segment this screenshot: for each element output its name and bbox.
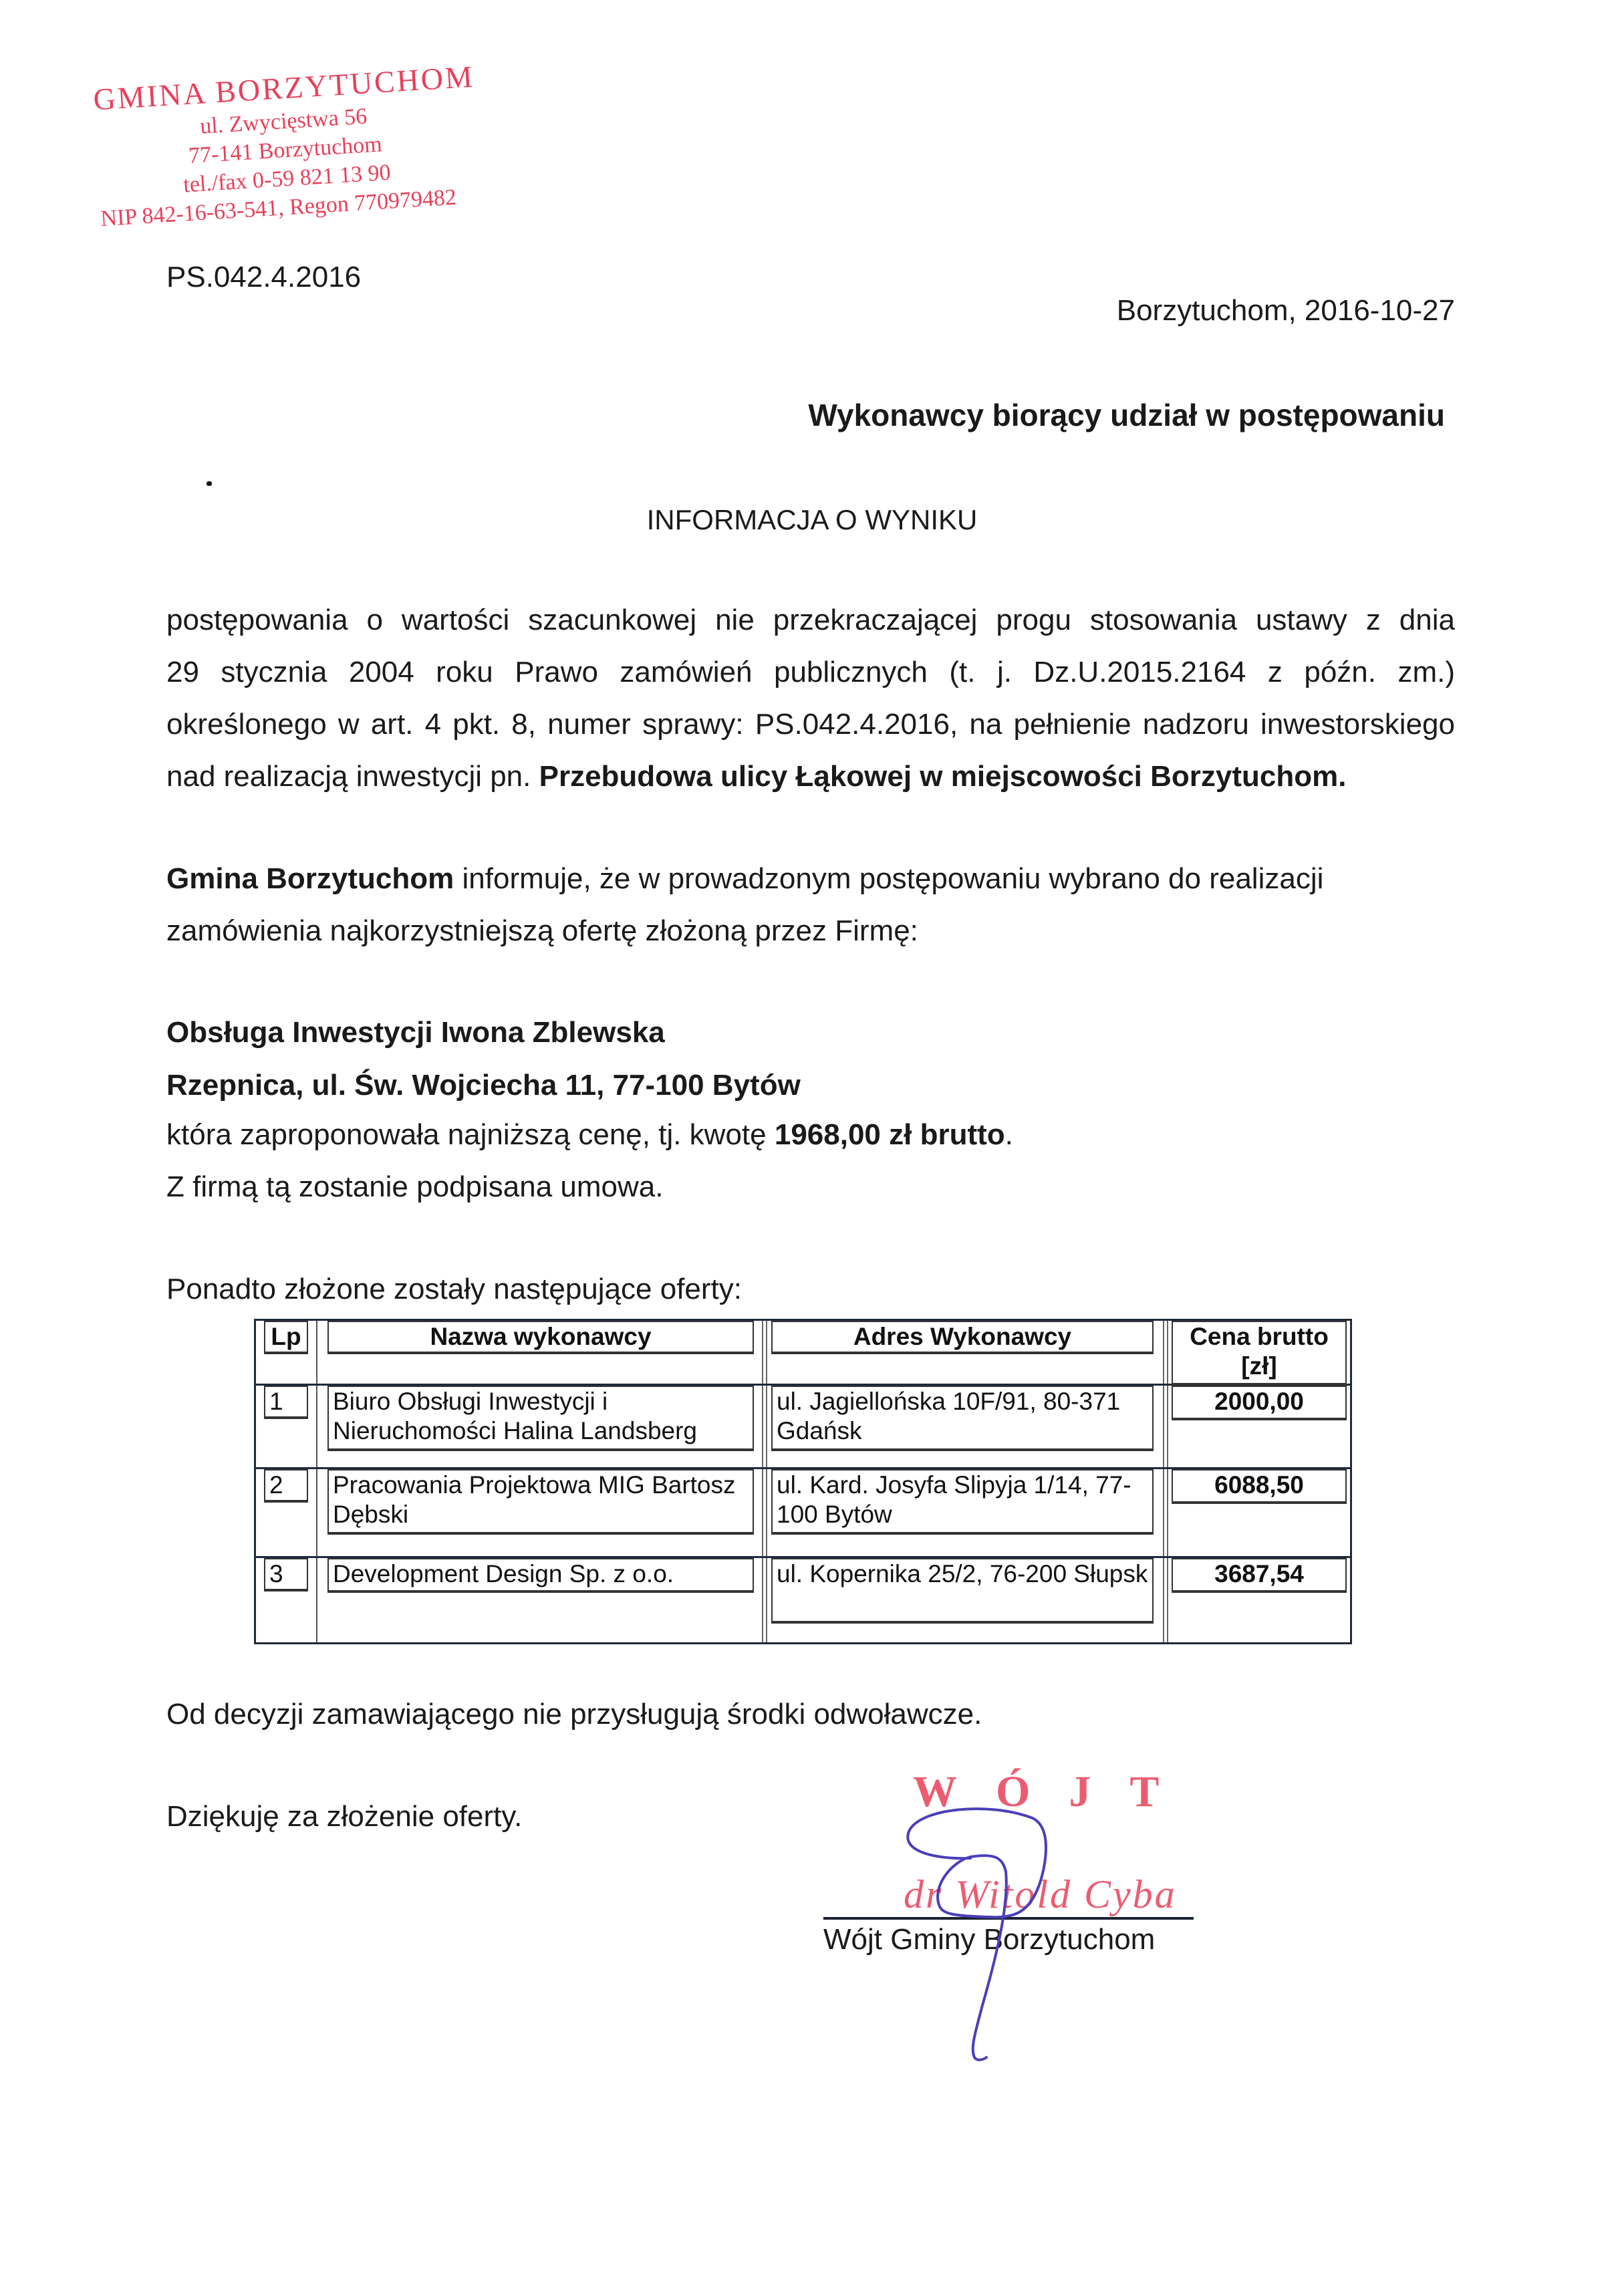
winner-name: Obsługa Inwestycji Iwona Zblewska [166, 1015, 665, 1050]
winner-price: 1968,00 zł brutto [775, 1118, 1005, 1151]
column-header-lp: Lp [264, 1321, 308, 1354]
row-2-address: ul. Kard. Josyfa Slipyja 1/14, 77-100 By… [771, 1469, 1154, 1535]
row-2-lp: 2 [264, 1469, 308, 1503]
other-offers-intro: Ponadto złożone zostały następujące ofer… [166, 1272, 742, 1307]
place-date: Borzytuchom, 2016-10-27 [1117, 293, 1455, 328]
intro-prefix: nad realizacją inwestycji pn. [166, 760, 539, 793]
municipality-stamp: GMINA BORZYTUCHOM ul. Zwycięstwa 56 77-1… [87, 58, 483, 234]
column-header-address: Adres Wykonawcy [771, 1321, 1154, 1354]
intro-paragraph: postępowania o wartości szacunkowej nie … [166, 594, 1455, 803]
decision-line-1: Gmina Borzytuchom informuje, że w prowad… [166, 862, 1323, 896]
intro-line: 29 stycznia 2004 roku Prawo zamówień pub… [166, 646, 1455, 698]
document-title: INFORMACJA O WYNIKU [0, 503, 1610, 537]
row-1-lp: 1 [264, 1386, 308, 1419]
project-name: Przebudowa ulicy Łąkowej w miejscowości … [539, 760, 1347, 793]
row-1-name: Biuro Obsługi Inwestycji i Nieruchomości… [327, 1386, 754, 1451]
intro-line: postępowania o wartości szacunkowej nie … [166, 594, 1455, 646]
row-3-lp: 3 [264, 1558, 308, 1591]
winner-address: Rzepnica, ul. Św. Wojciecha 11, 77-100 B… [166, 1068, 801, 1103]
intro-line: nad realizacją inwestycji pn. Przebudowa… [166, 751, 1455, 803]
row-2-name: Pracowania Projektowa MIG Bartosz Dębski [327, 1469, 754, 1535]
intro-line: określonego w art. 4 pkt. 8, numer spraw… [166, 698, 1455, 751]
price-prefix: która zaproponowała najniższą cenę, tj. … [166, 1118, 775, 1151]
offers-table: Lp Nazwa wykonawcy Adres Wykonawcy Cena … [254, 1319, 1352, 1644]
decision-line-2: zamówienia najkorzystniejszą ofertę złoż… [166, 914, 918, 948]
column-divider [762, 1321, 763, 1642]
thanks-note: Dziękuję za złożenie oferty. [166, 1799, 522, 1834]
row-3-price: 3687,54 [1172, 1558, 1347, 1593]
addressee: Wykonawcy biorący udział w postępowaniu [808, 397, 1445, 433]
scan-artifact-dot [207, 481, 212, 486]
row-3-name: Development Design Sp. z o.o. [327, 1558, 754, 1593]
price-suffix: . [1005, 1118, 1013, 1151]
decision-text: informuje, że w prowadzonym postępowaniu… [454, 862, 1323, 895]
row-2-price: 6088,50 [1172, 1469, 1347, 1504]
handwritten-signature-icon [896, 1805, 1069, 2065]
contract-note: Z firmą tą zostanie podpisana umowa. [166, 1170, 664, 1204]
winner-price-line: która zaproponowała najniższą cenę, tj. … [166, 1118, 1013, 1152]
row-3-address: ul. Kopernika 25/2, 76-200 Słupsk [771, 1558, 1154, 1624]
column-divider [316, 1321, 317, 1642]
column-header-price: Cena brutto [zł] [1172, 1321, 1347, 1386]
row-1-address: ul. Jagiellońska 10F/91, 80-371 Gdańsk [771, 1386, 1154, 1451]
reference-number: PS.042.4.2016 [166, 260, 361, 295]
column-divider [1163, 1321, 1164, 1642]
decision-org: Gmina Borzytuchom [166, 862, 454, 895]
appeal-note: Od decyzji zamawiającego nie przysługują… [166, 1697, 982, 1732]
column-header-name: Nazwa wykonawcy [327, 1321, 754, 1354]
row-1-price: 2000,00 [1172, 1386, 1347, 1420]
